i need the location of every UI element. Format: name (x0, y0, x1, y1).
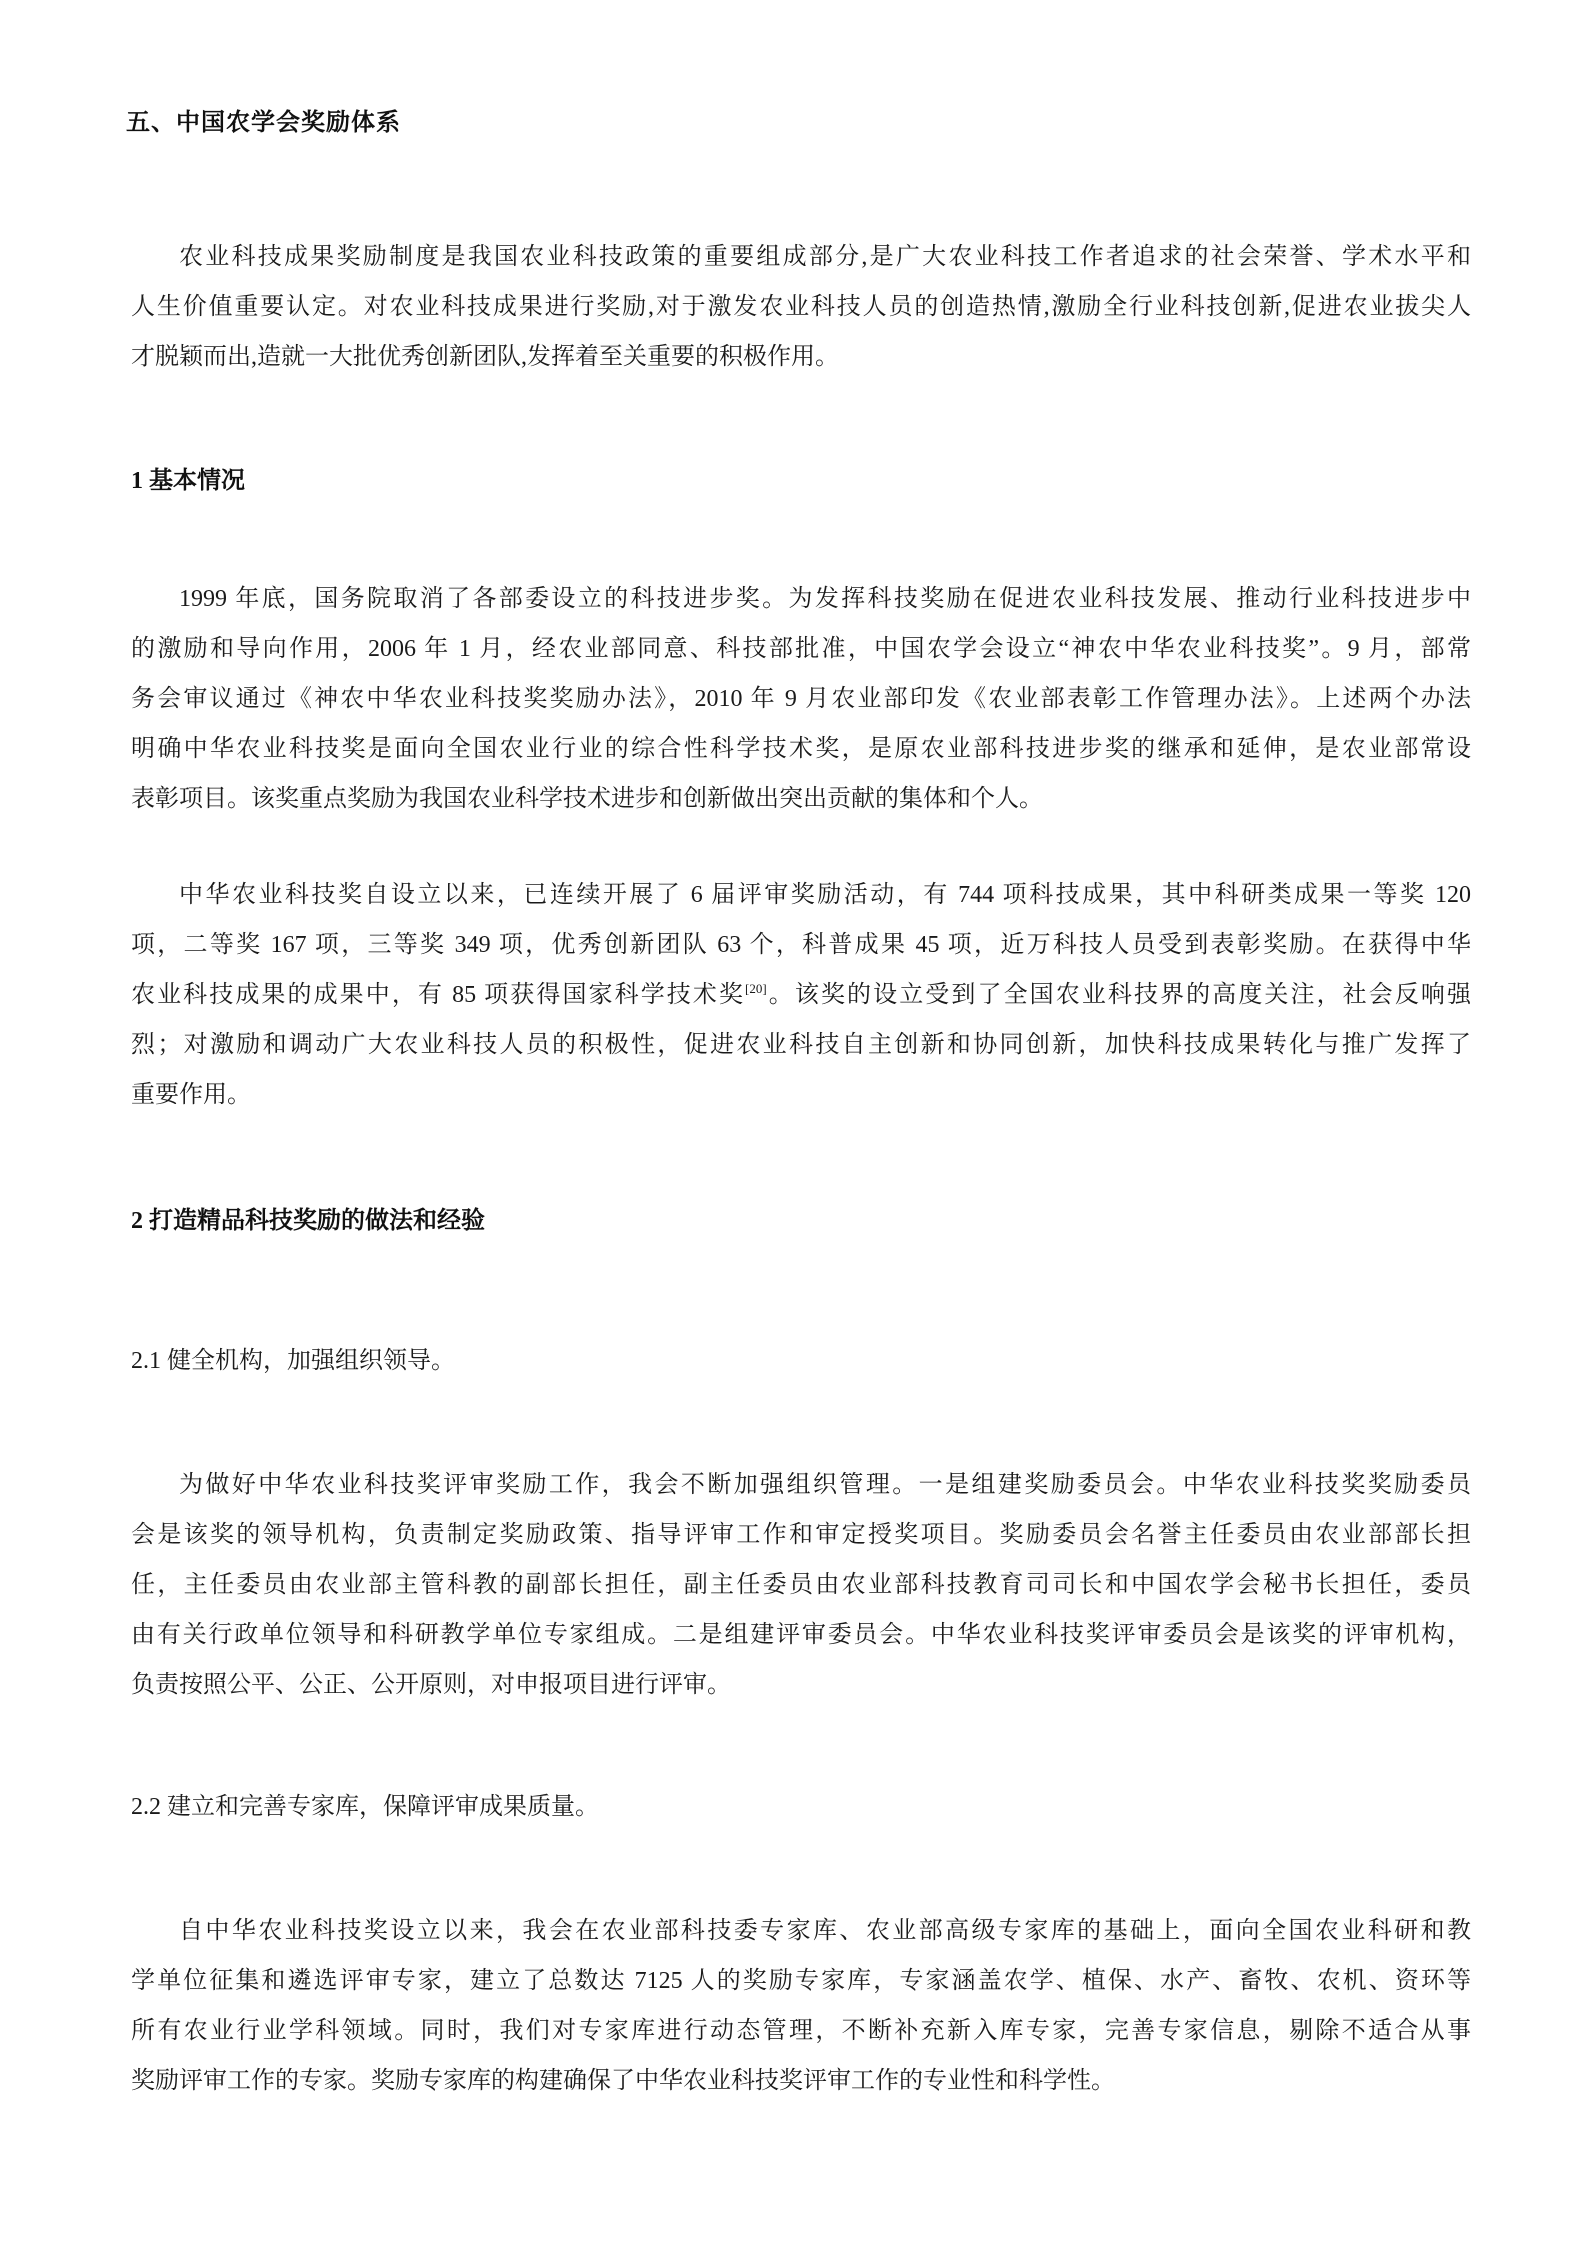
text-line: 项，二等奖 167 项，三等奖 349 项，优秀创新团队 63 个，科普成果 4… (131, 920, 1471, 970)
text-line: 农业科技成果奖励制度是我国农业科技政策的重要组成部分,是广大农业科技工作者追求的… (131, 232, 1471, 282)
text-line: 任，主任委员由农业部主管科教的副部长担任，副主任委员由农业部科技教育司司长和中国… (131, 1560, 1471, 1610)
text-line: 为做好中华农业科技奖评审奖励工作，我会不断加强组织管理。一是组建奖励委员会。中华… (131, 1460, 1471, 1510)
heading-practices: 2 打造精品科技奖励的做法和经验 (131, 1200, 485, 1235)
section-title: 五、中国农学会奖励体系 (126, 102, 401, 137)
text-line: 表彰项目。该奖重点奖励为我国农业科学技术进步和创新做出突出贡献的集体和个人。 (131, 774, 1471, 824)
text-line: 自中华农业科技奖设立以来，我会在农业部科技委专家库、农业部高级专家库的基础上，面… (131, 1906, 1471, 1956)
text-line: 人生价值重要认定。对农业科技成果进行奖励,对于激发农业科技人员的创造热情,激励全… (131, 282, 1471, 332)
text-line: 负责按照公平、公正、公开原则，对申报项目进行评审。 (131, 1660, 1471, 1710)
heading-2-1: 2.1 健全机构，加强组织领导。 (131, 1340, 455, 1375)
text-line: 的激励和导向作用，2006 年 1 月，经农业部同意、科技部批准，中国农学会设立… (131, 624, 1471, 674)
text-line-with-citation: 农业科技成果的成果中，有 85 项获得国家科学技术奖[20]。该奖的设立受到了全… (131, 970, 1471, 1020)
text-line: 由有关行政单位领导和科研教学单位专家组成。二是组建评审委员会。中华农业科技奖评审… (131, 1610, 1471, 1660)
heading-basic-situation: 1 基本情况 (131, 460, 245, 495)
text-line: 所有农业行业学科领域。同时，我们对专家库进行动态管理，不断补充新入库专家，完善专… (131, 2006, 1471, 2056)
text-segment: 。该奖的设立受到了全国农业科技界的高度关注，社会反响强 (767, 982, 1471, 1008)
document-page: 五、中国农学会奖励体系 农业科技成果奖励制度是我国农业科技政策的重要组成部分,是… (0, 0, 1587, 2245)
paragraph-history: 1999 年底，国务院取消了各部委设立的科技进步奖。为发挥科技奖励在促进农业科技… (131, 574, 1471, 824)
text-line: 学单位征集和遴选评审专家，建立了总数达 7125 人的奖励专家库，专家涵盖农学、… (131, 1956, 1471, 2006)
text-line: 奖励评审工作的专家。奖励专家库的构建确保了中华农业科技奖评审工作的专业性和科学性… (131, 2056, 1471, 2106)
text-line: 烈；对激励和调动广大农业科技人员的积极性，促进农业科技自主创新和协同创新，加快科… (131, 1020, 1471, 1070)
intro-paragraph: 农业科技成果奖励制度是我国农业科技政策的重要组成部分,是广大农业科技工作者追求的… (131, 232, 1471, 382)
citation-ref[interactable]: [20] (745, 981, 767, 996)
text-line: 1999 年底，国务院取消了各部委设立的科技进步奖。为发挥科技奖励在促进农业科技… (131, 574, 1471, 624)
text-line: 重要作用。 (131, 1070, 1471, 1120)
text-line: 会是该奖的领导机构，负责制定奖励政策、指导评审工作和审定授奖项目。奖励委员会名誉… (131, 1510, 1471, 1560)
text-line: 务会审议通过《神农中华农业科技奖奖励办法》，2010 年 9 月农业部印发《农业… (131, 674, 1471, 724)
heading-2-2: 2.2 建立和完善专家库，保障评审成果质量。 (131, 1786, 599, 1821)
text-segment: 农业科技成果的成果中，有 85 项获得国家科学技术奖 (131, 982, 745, 1008)
text-line: 中华农业科技奖自设立以来，已连续开展了 6 届评审奖励活动，有 744 项科技成… (131, 870, 1471, 920)
text-line: 才脱颖而出,造就一大批优秀创新团队,发挥着至关重要的积极作用。 (131, 332, 1471, 382)
paragraph-organization: 为做好中华农业科技奖评审奖励工作，我会不断加强组织管理。一是组建奖励委员会。中华… (131, 1460, 1471, 1710)
paragraph-achievements: 中华农业科技奖自设立以来，已连续开展了 6 届评审奖励活动，有 744 项科技成… (131, 870, 1471, 1120)
text-line: 明确中华农业科技奖是面向全国农业行业的综合性科学技术奖，是原农业部科技进步奖的继… (131, 724, 1471, 774)
paragraph-expert-database: 自中华农业科技奖设立以来，我会在农业部科技委专家库、农业部高级专家库的基础上，面… (131, 1906, 1471, 2106)
